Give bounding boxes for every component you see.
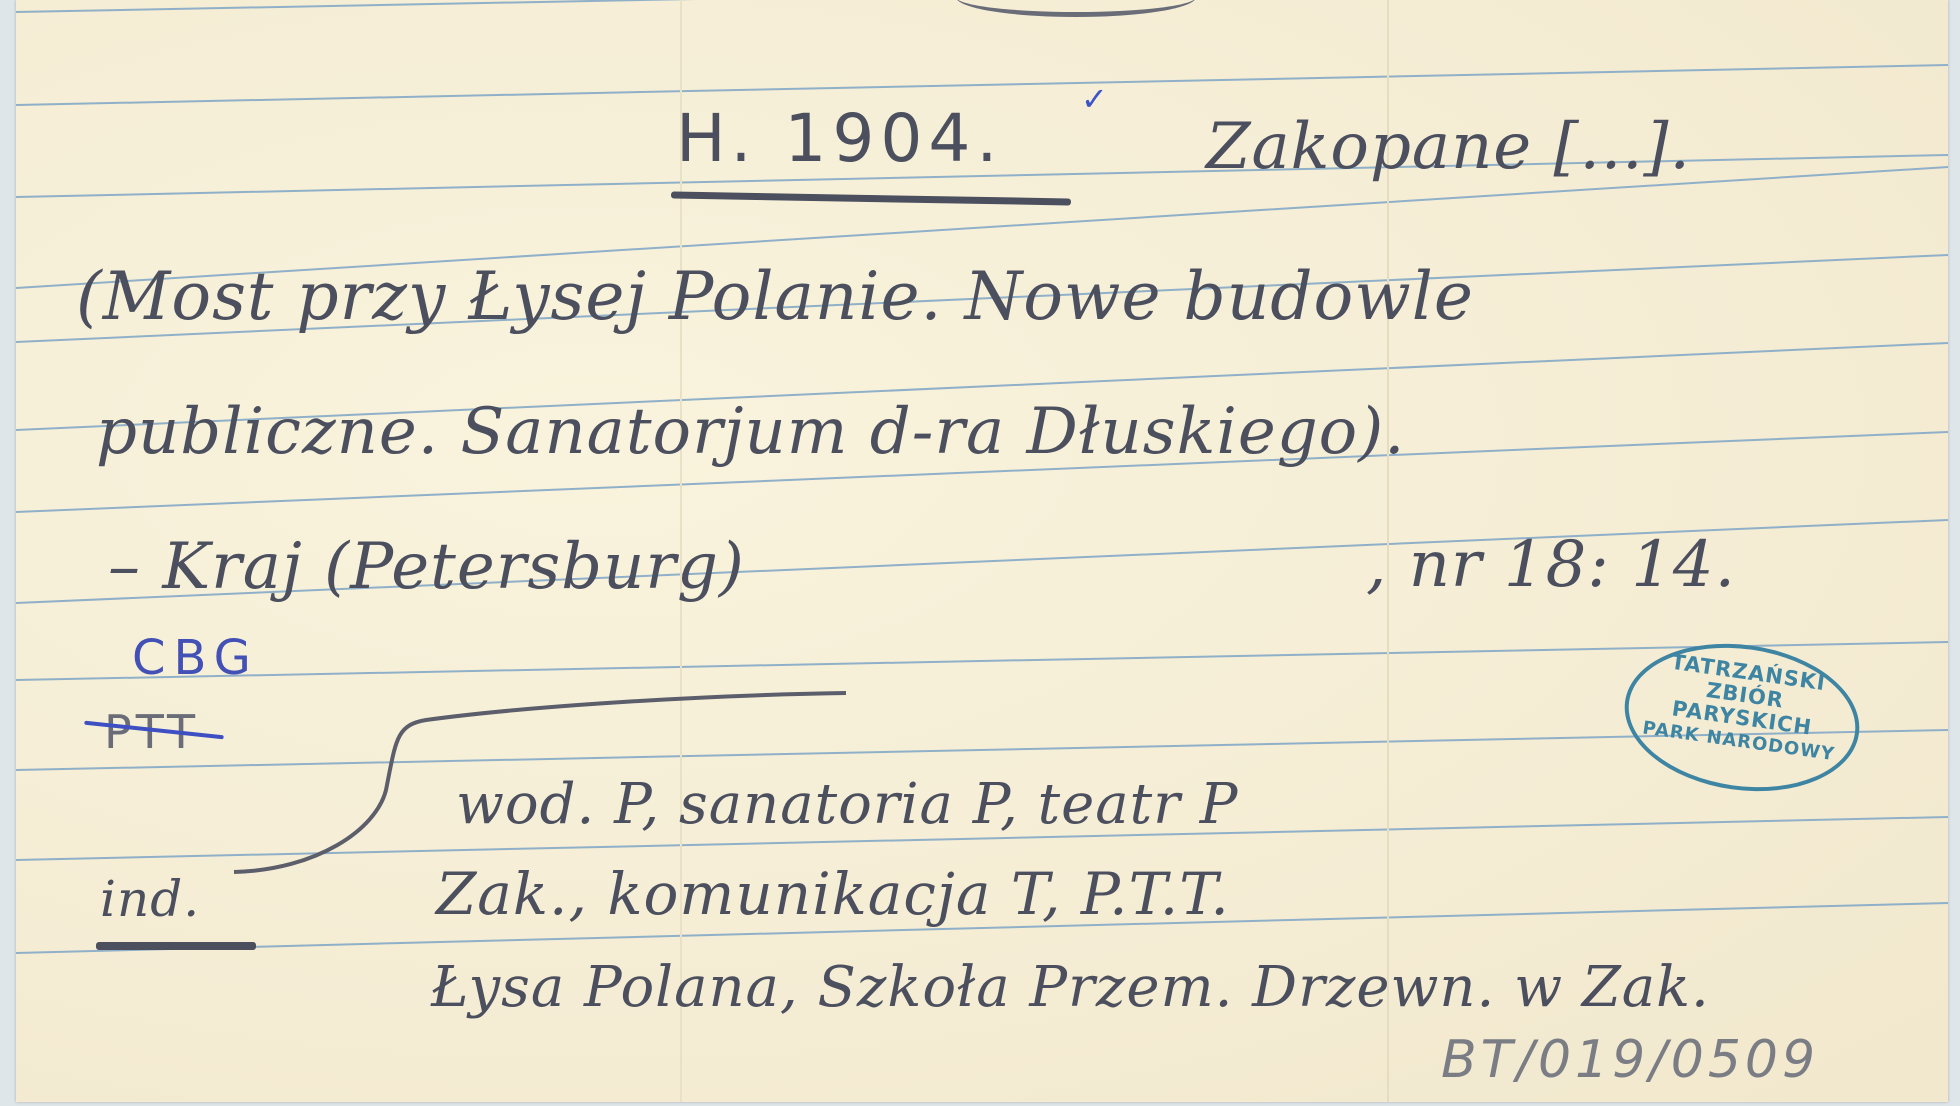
index-line-3: Łysa Polana, Szkoła Przem. Drzewn. w Zak… xyxy=(431,955,1710,1020)
check-mark-icon: ✓ xyxy=(1081,80,1108,118)
index-line-2: Zak., komunikacja T, P.T.T. xyxy=(436,860,1230,928)
index-line-1: wod. P, sanatoria P, teatr P xyxy=(456,772,1238,837)
index-label-underline xyxy=(96,942,256,950)
bracket-connector xyxy=(16,0,916,900)
heading-place: Zakopane [...]. xyxy=(1206,110,1691,184)
catalog-number: BT/019/0509 xyxy=(1441,1030,1819,1090)
index-card: H. 1904. ✓ Zakopane [...]. (Most przy Ły… xyxy=(16,0,1948,1102)
index-label: ind. xyxy=(100,870,200,928)
source-reference: , nr 18: 14. xyxy=(1366,528,1736,602)
